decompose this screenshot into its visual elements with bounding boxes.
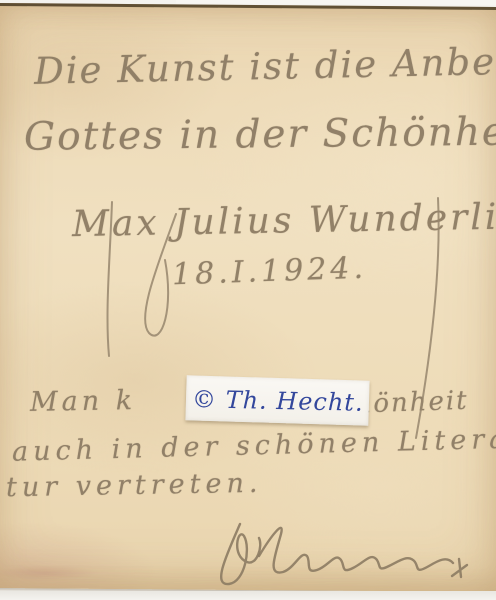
date-line: 18.I.1924. (171, 251, 367, 293)
paragraph-line-3: tur vertreten. (6, 468, 263, 503)
quote-line-2: Gottes in der Schönheit (24, 109, 496, 159)
scanner-bottom-strip (0, 591, 496, 600)
copyright-label: © Th. Hecht. (185, 375, 369, 425)
author-name-line: Max Julius Wunderlich (72, 196, 496, 245)
copyright-label-text: © Th. Hecht. (191, 385, 363, 417)
paragraph-line-1-left: Man k (30, 385, 137, 418)
bottom-edge-smudge (0, 560, 150, 586)
scanned-note: Die Kunst ist die Anbetung Gottes in der… (0, 0, 496, 600)
